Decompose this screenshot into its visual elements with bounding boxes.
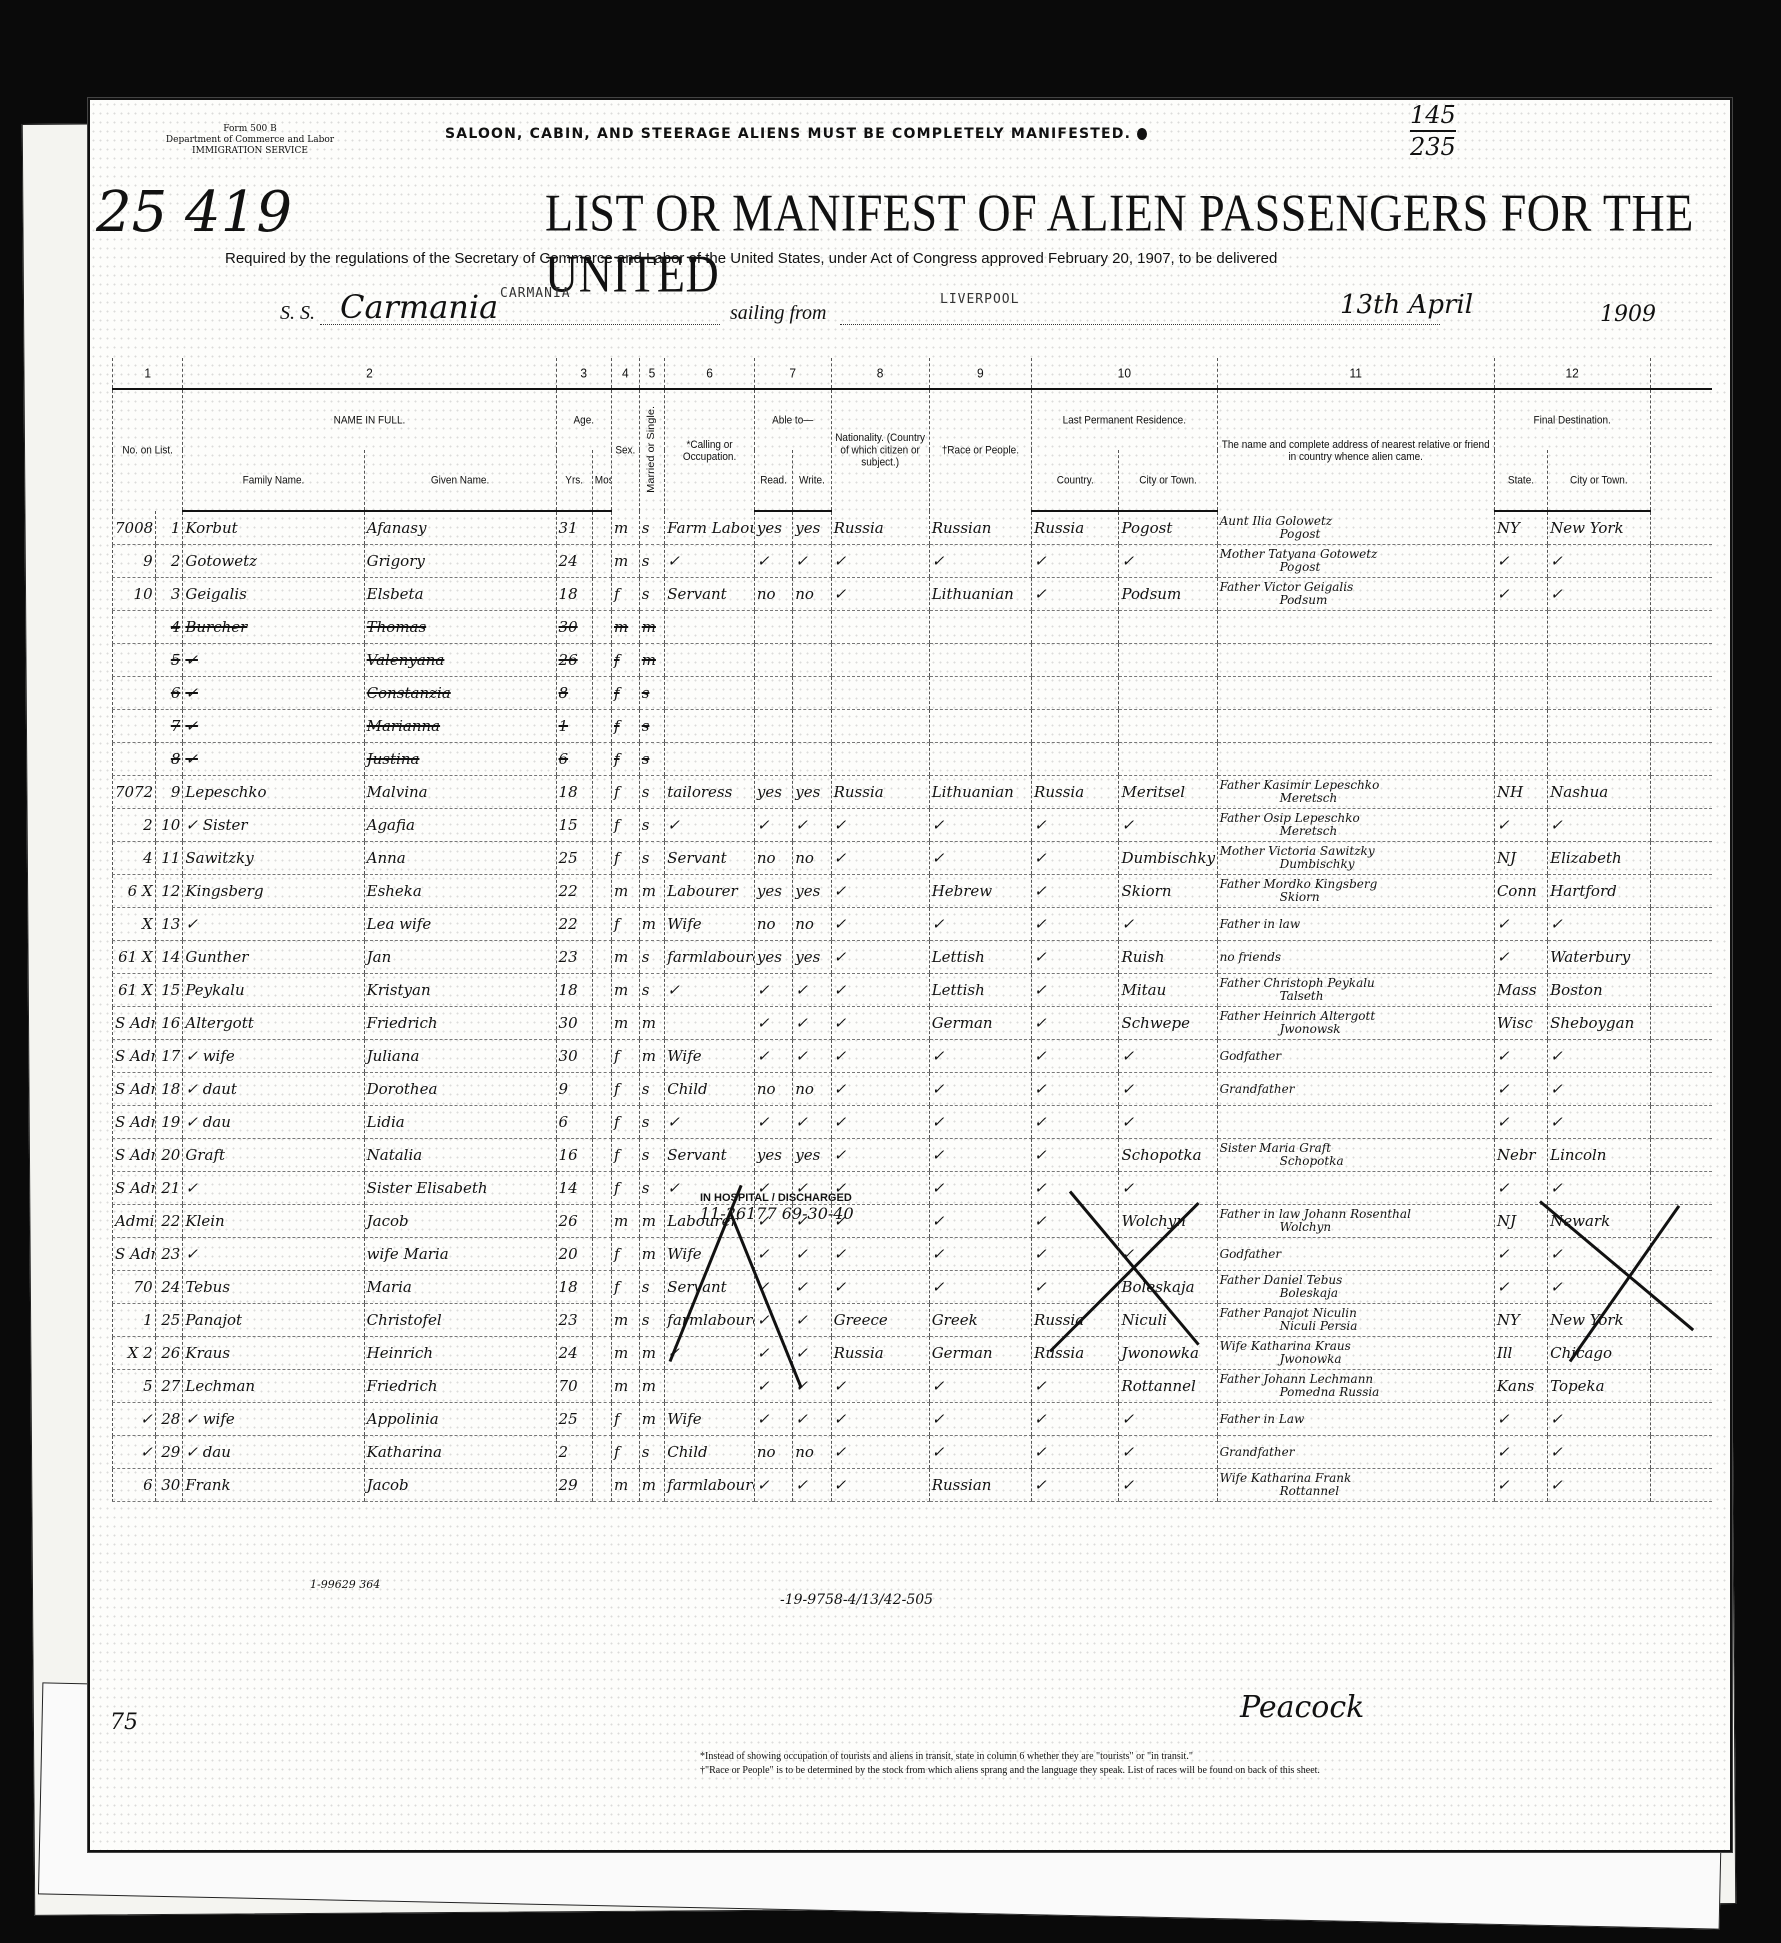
cell-write: ✓ [793,1271,831,1304]
relative-name: Father Daniel Tebus [1220,1274,1492,1287]
col-married-single: Married or Single. [639,383,665,517]
cell-relative [1217,611,1494,644]
relative-place: Pogost [1220,561,1492,574]
cell-relative [1217,743,1494,776]
table-row: 4BurcherThomas30mm [113,611,1713,644]
cell-country: ✓ [1032,545,1119,578]
cell-state: Ill [1494,1337,1547,1370]
cell-family: ✓ wife [183,1403,364,1436]
cell-destcity [1548,710,1650,743]
cell-mos [592,511,611,545]
cell-race [929,677,1031,710]
cell-country: ✓ [1032,809,1119,842]
margin-annotation: S Admitted [113,1007,156,1040]
cell-race: Lithuanian [929,776,1031,809]
cell-tick [1650,1238,1712,1271]
cell-city: Skiorn [1119,875,1217,908]
cell-race [929,710,1031,743]
cell-given: Valenyana [364,644,556,677]
cell-state: ✓ [1494,1040,1547,1073]
relative-name: Grandfather [1220,1083,1492,1096]
line-number: 26 [155,1337,183,1370]
cell-race: ✓ [929,809,1031,842]
cell-family: ✓ Sister [183,809,364,842]
cell-family: Tebus [183,1271,364,1304]
cell-country: Russia [1032,511,1119,545]
cell-state: ✓ [1494,941,1547,974]
cell-city [1119,710,1217,743]
cell-city: Podsum [1119,578,1217,611]
cell-relative: Godfather [1217,1040,1494,1073]
cell-family: Lechman [183,1370,364,1403]
relative-name: Father Christoph Peykalu [1220,977,1492,990]
cell-state: NJ [1494,842,1547,875]
cell-write: ✓ [793,545,831,578]
hospital-stamp: IN HOSPITAL / DISCHARGED 11-26177 69-30-… [700,1192,854,1223]
margin-annotation: Admitted [113,1205,156,1238]
cell-country [1032,677,1119,710]
cell-read: ✓ [754,1007,792,1040]
cell-tick [1650,743,1712,776]
cell-ms: s [639,941,665,974]
cell-occupation [665,1007,755,1040]
line-number: 3 [155,578,183,611]
manifest-sheet: Form 500 B Department of Commerce and La… [88,98,1732,1852]
cell-read: ✓ [754,809,792,842]
cell-nationality: ✓ [831,1469,929,1502]
cell-race: German [929,1337,1031,1370]
cell-age: 30 [556,611,592,644]
cell-occupation: Servant [665,1271,755,1304]
cell-age: 30 [556,1007,592,1040]
col-able-to: Able to— [754,386,831,453]
table-row: ✓29✓ dauKatharina2fsChildnono✓✓✓✓Grandfa… [113,1436,1713,1469]
cell-occupation: Wife [665,908,755,941]
cell-given: Juliana [364,1040,556,1073]
cell-destcity: ✓ [1548,1073,1650,1106]
cell-mos [592,1370,611,1403]
cell-tick [1650,1040,1712,1073]
cell-relative: Father in law [1217,908,1494,941]
header-row-top: No. on List. NAME IN FULL. Age. Sex. Mar… [113,389,1713,450]
cell-nationality: Greece [831,1304,929,1337]
cell-tick [1650,1172,1712,1205]
cell-race [929,743,1031,776]
cell-occupation: farmlabourer [665,1469,755,1502]
cell-nationality [831,677,929,710]
cell-occupation: Wife [665,1040,755,1073]
cell-destcity: ✓ [1548,1403,1650,1436]
line-number: 18 [155,1073,183,1106]
cell-age: 26 [556,1205,592,1238]
lechman-record-note: -19-9758-4/13/42-505 [780,1592,933,1608]
cell-tick [1650,1337,1712,1370]
cell-read [754,710,792,743]
cell-city: Jwonowka [1119,1337,1217,1370]
cell-nationality: ✓ [831,1271,929,1304]
table-row: X 226KrausHeinrich24mm✓✓✓RussiaGermanRus… [113,1337,1713,1370]
cell-ms: m [639,908,665,941]
cell-city: ✓ [1119,809,1217,842]
cell-mos [592,908,611,941]
cell-age: 1 [556,710,592,743]
cell-state: ✓ [1494,1271,1547,1304]
cell-country: ✓ [1032,1436,1119,1469]
margin-annotation: ✓ [113,1436,156,1469]
cell-read: ✓ [754,1040,792,1073]
cell-relative: Father Kasimir LepeschkoMeretsch [1217,776,1494,809]
cell-nationality: ✓ [831,578,929,611]
cell-city: Rottannel [1119,1370,1217,1403]
cell-state: NH [1494,776,1547,809]
relative-name: Father Mordko Kingsberg [1220,878,1492,891]
cell-state: ✓ [1494,908,1547,941]
relative-name: Father Kasimir Lepeschko [1220,779,1492,792]
margin-annotation: 9 [113,545,156,578]
cell-mos [592,1040,611,1073]
cell-destcity: ✓ [1548,1469,1650,1502]
cell-race: ✓ [929,1040,1031,1073]
cell-state: NY [1494,511,1547,545]
cell-read [754,611,792,644]
port-stamp: LIVERPOOL [940,292,1019,307]
cell-nationality [831,644,929,677]
cell-age: 2 [556,1436,592,1469]
cell-country: ✓ [1032,908,1119,941]
cell-destcity [1548,644,1650,677]
cell-sex: f [611,1238,639,1271]
cell-destcity: Sheboygan [1548,1007,1650,1040]
margin-annotation: 6 [113,1469,156,1502]
cell-family: ✓ wife [183,1040,364,1073]
cell-occupation: tailoress [665,776,755,809]
cell-given: Heinrich [364,1337,556,1370]
margin-annotation [113,710,156,743]
line-number: 2 [155,545,183,578]
cell-sex: f [611,1172,639,1205]
cell-sex: f [611,743,639,776]
cell-given: Afanasy [364,511,556,545]
signature: Peacock [1240,1690,1364,1725]
cell-nationality [831,743,929,776]
cell-family: Korbut [183,511,364,545]
sailing-date: 13th April [1340,290,1473,320]
margin-annotation: 2 [113,809,156,842]
col-no-on-list: No. on List. [113,383,183,517]
cell-mos [592,1304,611,1337]
col-given-name: Given Name. [364,447,556,514]
cell-mos [592,1007,611,1040]
cell-mos [592,1073,611,1106]
cell-nationality: ✓ [831,1403,929,1436]
cell-sex: f [611,1073,639,1106]
cell-write: ✓ [793,1040,831,1073]
cell-occupation: ✓ [665,545,755,578]
margin-annotation: 4 [113,842,156,875]
cell-country [1032,644,1119,677]
cell-country: ✓ [1032,875,1119,908]
relative-place: Pomedna Russia [1220,1386,1492,1399]
margin-annotation: S Admitted [113,1073,156,1106]
cell-race: ✓ [929,908,1031,941]
line-number: 12 [155,875,183,908]
cell-country [1032,743,1119,776]
cell-ms: m [639,1337,665,1370]
cell-age: 30 [556,1040,592,1073]
cell-mos [592,1172,611,1205]
cell-sex: m [611,941,639,974]
cell-relative: Wife Katharina FrankRottannel [1217,1469,1494,1502]
cell-read: ✓ [754,1238,792,1271]
cell-state: Wisc [1494,1007,1547,1040]
line-number: 10 [155,809,183,842]
cell-occupation [665,743,755,776]
cell-nationality: ✓ [831,875,929,908]
cell-mos [592,1139,611,1172]
cell-ms: m [639,1370,665,1403]
port-dotted-line [840,324,1440,325]
cell-race: ✓ [929,1205,1031,1238]
cell-city [1119,743,1217,776]
cell-sex: f [611,677,639,710]
cell-ms: m [639,1469,665,1502]
cell-race: ✓ [929,1073,1031,1106]
cell-country [1032,611,1119,644]
margin-annotation [113,611,156,644]
cell-tick [1650,611,1712,644]
cell-country [1032,710,1119,743]
cell-race: ✓ [929,1106,1031,1139]
table-row: 92GotowetzGrigory24ms✓✓✓✓✓✓✓Mother Tatya… [113,545,1713,578]
cell-sex: m [611,1469,639,1502]
col-name-in-full: NAME IN FULL. [183,386,556,453]
cell-age: 29 [556,1469,592,1502]
cell-mos [592,1106,611,1139]
cell-age: 18 [556,974,592,1007]
line-number: 13 [155,908,183,941]
cell-family: Gunther [183,941,364,974]
cell-given: Dorothea [364,1073,556,1106]
cell-nationality: ✓ [831,941,929,974]
cell-given: Friedrich [364,1370,556,1403]
cell-tick [1650,1403,1712,1436]
cell-sex: f [611,1403,639,1436]
cell-family: Kingsberg [183,875,364,908]
line-number: 28 [155,1403,183,1436]
cell-mos [592,1205,611,1238]
cell-age: 18 [556,776,592,809]
cell-state: ✓ [1494,1106,1547,1139]
cell-mos [592,743,611,776]
cell-relative: Father Mordko KingsbergSkiorn [1217,875,1494,908]
cell-read [754,743,792,776]
manifest-table: 1 2 3 4 5 6 7 8 9 10 11 12 No. on List. … [112,358,1712,1502]
relative-name: Father in Law [1220,1413,1492,1426]
cell-ms: s [639,710,665,743]
margin-annotation [113,677,156,710]
cell-write: no [793,1073,831,1106]
cell-given: Jacob [364,1205,556,1238]
cell-read: yes [754,875,792,908]
cell-relative [1217,644,1494,677]
cell-country: ✓ [1032,1271,1119,1304]
cell-family: Sawitzky [183,842,364,875]
cell-country: Russia [1032,1304,1119,1337]
cell-relative: Father Johann LechmannPomedna Russia [1217,1370,1494,1403]
cell-occupation: Servant [665,578,755,611]
relative-place: Niculi Persia [1220,1320,1492,1333]
cell-occupation: Wife [665,1403,755,1436]
cell-write: no [793,842,831,875]
relative-name: Father Osip Lepeschko [1220,812,1492,825]
relative-place: Schopotka [1220,1155,1492,1168]
relative-name: Father Victor Geigalis [1220,581,1492,594]
margin-annotation [113,743,156,776]
margin-annotation: 70 [113,1271,156,1304]
cell-state: Nebr [1494,1139,1547,1172]
cell-destcity: ✓ [1548,809,1650,842]
margin-annotation: S Admitted [113,1040,156,1073]
cell-race: ✓ [929,545,1031,578]
cell-nationality: ✓ [831,545,929,578]
cell-write: ✓ [793,1304,831,1337]
cell-country: ✓ [1032,1469,1119,1502]
cell-ms: s [639,1304,665,1337]
cell-destcity: Nashua [1548,776,1650,809]
cell-given: Appolinia [364,1403,556,1436]
cell-destcity: ✓ [1548,1172,1650,1205]
table-row: X13✓Lea wife22fmWifenono✓✓✓✓Father in la… [113,908,1713,941]
cell-family: Burcher [183,611,364,644]
cell-tick [1650,545,1712,578]
relative-name: Godfather [1220,1248,1492,1261]
relative-place: Jwonowsk [1220,1023,1492,1036]
cell-nationality [831,611,929,644]
cell-ms: m [639,1040,665,1073]
cell-given: Esheka [364,875,556,908]
cell-destcity [1548,611,1650,644]
cell-race: German [929,1007,1031,1040]
cell-city: Pogost [1119,511,1217,545]
cell-sex: f [611,644,639,677]
cell-occupation [665,644,755,677]
col-family-name: Family Name. [183,447,364,514]
cell-country: ✓ [1032,842,1119,875]
cell-occupation: farmlabourer [665,1304,755,1337]
cell-write: ✓ [793,1238,831,1271]
cell-tick [1650,1469,1712,1502]
handwritten-reference: 25 419 [96,180,292,245]
cell-city: ✓ [1119,1172,1217,1205]
cell-race: Hebrew [929,875,1031,908]
cell-city: Schopotka [1119,1139,1217,1172]
cell-mos [592,875,611,908]
relative-place: Jwonowka [1220,1353,1492,1366]
cell-sex: f [611,776,639,809]
cell-given: Lidia [364,1106,556,1139]
cell-state [1494,611,1547,644]
cell-ms: m [639,644,665,677]
cell-city: ✓ [1119,1436,1217,1469]
cell-nationality: ✓ [831,842,929,875]
line-number: 4 [155,611,183,644]
cell-destcity [1548,743,1650,776]
line-number: 8 [155,743,183,776]
cell-sex: f [611,908,639,941]
cell-write [793,743,831,776]
line-number: 16 [155,1007,183,1040]
cell-relative: Father Panajot NiculinNiculi Persia [1217,1304,1494,1337]
cell-occupation: ✓ [665,974,755,1007]
cell-ms: m [639,611,665,644]
cell-given: wife Maria [364,1238,556,1271]
cell-race: ✓ [929,1370,1031,1403]
table-row: 527LechmanFriedrich70mm✓✓✓✓✓RottannelFat… [113,1370,1713,1403]
cell-nationality: ✓ [831,974,929,1007]
table-row: 70729LepeschkoMalvina18fstailoressyesyes… [113,776,1713,809]
cell-family: Altergott [183,1007,364,1040]
cell-write [793,644,831,677]
margin-annotation: S Admitted [113,1106,156,1139]
col-mos: Mos. [592,447,611,514]
cell-ms: m [639,1238,665,1271]
cell-age: 14 [556,1172,592,1205]
cell-read: no [754,842,792,875]
line-number: 30 [155,1469,183,1502]
cell-race: Lithuanian [929,578,1031,611]
cell-country: ✓ [1032,1106,1119,1139]
cell-tick [1650,941,1712,974]
cell-sex: m [611,1337,639,1370]
col-country: Country. [1032,447,1119,514]
cell-age: 23 [556,941,592,974]
cell-country: ✓ [1032,1403,1119,1436]
cell-country: ✓ [1032,941,1119,974]
cell-read: yes [754,511,792,545]
cell-sex: f [611,710,639,743]
cell-mos [592,611,611,644]
cell-given: Constanzia [364,677,556,710]
cell-age: 15 [556,809,592,842]
cell-destcity: ✓ [1548,1040,1650,1073]
cell-write: ✓ [793,974,831,1007]
cell-relative: Grandfather [1217,1436,1494,1469]
cell-tick [1650,1436,1712,1469]
line-number: 20 [155,1139,183,1172]
cell-occupation [665,1370,755,1403]
cell-state [1494,677,1547,710]
cell-read: ✓ [754,545,792,578]
cell-write: no [793,578,831,611]
cell-write: ✓ [793,1403,831,1436]
cell-read: yes [754,1139,792,1172]
cell-age: 25 [556,842,592,875]
cell-ms: s [639,545,665,578]
cell-state: ✓ [1494,1436,1547,1469]
cell-tick [1650,1106,1712,1139]
cell-family: ✓ [183,743,364,776]
cell-mos [592,1469,611,1502]
cell-state: NY [1494,1304,1547,1337]
cell-age: 25 [556,1403,592,1436]
cell-mos [592,776,611,809]
ship-name-handwritten: Carmania [340,288,498,326]
margin-annotation: X [113,908,156,941]
cell-mos [592,578,611,611]
cell-state: Conn [1494,875,1547,908]
cell-nationality: ✓ [831,908,929,941]
cell-given: Thomas [364,611,556,644]
